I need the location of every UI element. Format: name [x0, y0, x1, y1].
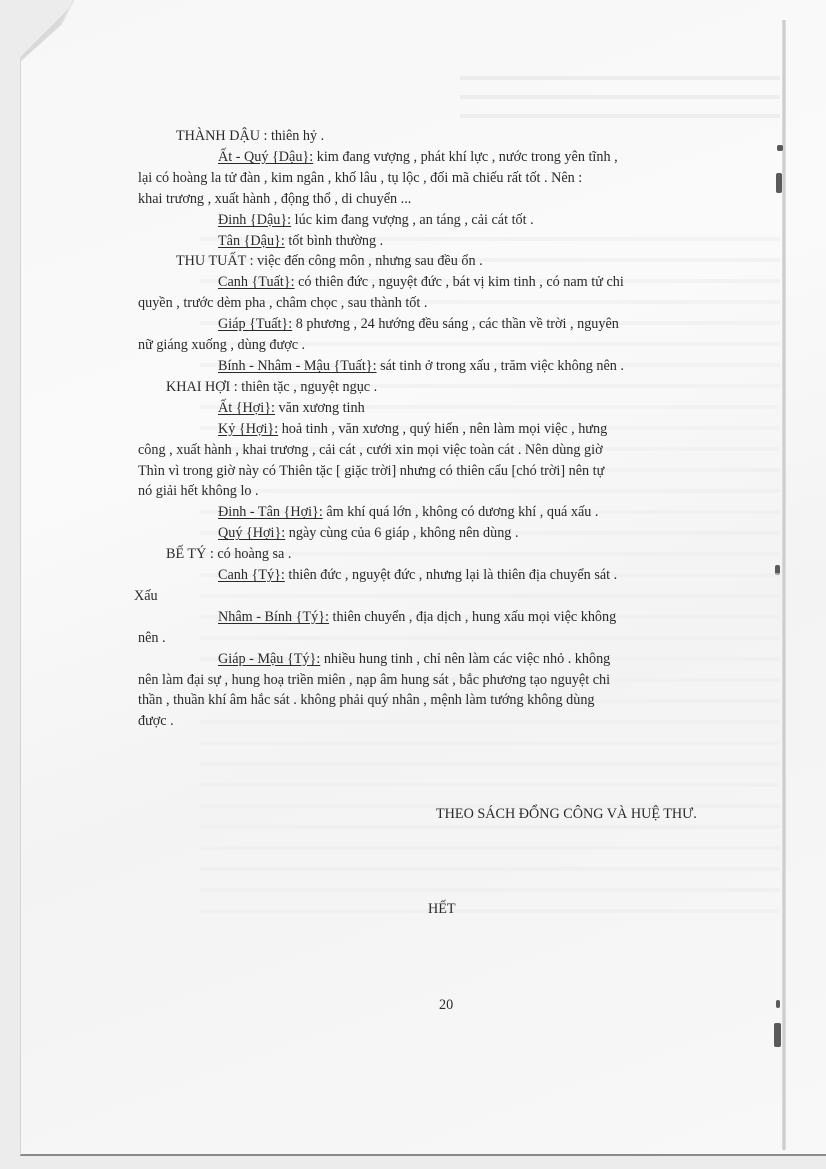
binding-mark: [776, 1000, 780, 1008]
entry-continuation: Thìn vì trong giờ này có Thiên tặc [ giặ…: [138, 461, 768, 482]
entry-line: Tân {Dậu}: tốt bình thường .: [138, 231, 768, 252]
entry-term: Quý {Hợi}:: [218, 525, 285, 541]
entry-text: có thiên đức , nguyệt đức , bát vị kim t…: [295, 274, 624, 290]
entry-text: 8 phương , 24 hướng đều sáng , các thần …: [292, 316, 619, 332]
entry-text: văn xương tinh: [275, 400, 365, 416]
entry-text: Thìn vì trong giờ này có Thiên tặc [ giặ…: [138, 463, 604, 479]
entry-text: thiên đức , nguyệt đức , nhưng lại là th…: [285, 567, 617, 583]
entry-line: Giáp {Tuất}: 8 phương , 24 hướng đều sán…: [138, 314, 768, 335]
section-heading-note: : có hoàng sa .: [210, 546, 292, 562]
entry-continuation: thần , thuần khí âm hắc sát . không phải…: [138, 690, 768, 711]
entry-text: âm khí quá lớn , không có dương khí , qu…: [323, 504, 599, 520]
binding-mark: [774, 1023, 781, 1047]
entry-line: Ất {Hợi}: văn xương tinh: [138, 398, 768, 419]
entry-line: Nhâm - Bính {Tý}: thiên chuyển , địa dịc…: [138, 607, 768, 628]
section-heading-note: : thiên hỷ .: [263, 128, 324, 144]
entry-continuation: nó giải hết không lo .: [138, 481, 768, 502]
entry-line: Canh {Tuất}: có thiên đức , nguyệt đức ,…: [138, 272, 768, 293]
entry-continuation: khai trương , xuất hành , động thổ , di …: [138, 189, 768, 210]
entry-text: lúc kim đang vượng , an táng , cải cát t…: [291, 212, 534, 228]
entry-term: Tân {Dậu}:: [218, 233, 285, 249]
entry-text: sát tinh ở trong xấu , trăm việc không n…: [377, 358, 624, 374]
section-heading-note: : việc đến công môn , nhưng sau đều ổn .: [250, 253, 483, 269]
section-heading-title: THU TUẤT: [176, 253, 250, 269]
section-heading-title: THÀNH DẬU: [176, 128, 263, 144]
entry-text: thiên chuyển , địa dịch , hung xấu mọi v…: [329, 609, 616, 625]
entry-line: Ất - Quý {Dậu}: kim đang vượng , phát kh…: [138, 147, 768, 168]
entry-line: Quý {Hợi}: ngày cùng của 6 giáp , không …: [138, 523, 768, 544]
entry-continuation: công , xuất hành , khai trương , cải cát…: [138, 440, 768, 461]
binding-mark: [776, 173, 782, 193]
entry-continuation: quyền , trước dèm pha , châm chọc , sau …: [138, 293, 768, 314]
entry-text: tốt bình thường .: [285, 233, 383, 249]
entry-continuation: nên làm đại sự , hung hoạ triền miên , n…: [138, 670, 768, 691]
entry-text: nên .: [138, 630, 166, 646]
section-heading-title: BẾ TÝ: [166, 546, 210, 562]
binding-mark: [775, 565, 780, 575]
entry-line: Kỷ {Hợi}: hoả tinh , văn xương , quý hiể…: [138, 419, 768, 440]
entry-text: nó giải hết không lo .: [138, 483, 259, 499]
entry-text: được .: [138, 713, 174, 729]
entry-continuation: lại có hoàng la tử đàn , kim ngân , khố …: [138, 168, 768, 189]
section-heading: KHAI HỢI : thiên tặc , nguyệt ngục .: [138, 377, 768, 398]
binding-edge: [782, 20, 786, 1150]
entry-line: Đinh - Tân {Hợi}: âm khí quá lớn , không…: [138, 502, 768, 523]
binding-mark: [777, 145, 783, 151]
entry-line: Giáp - Mậu {Tý}: nhiều hung tinh , chỉ n…: [138, 649, 768, 670]
entry-text: nhiều hung tinh , chỉ nên làm các việc n…: [320, 651, 610, 667]
entry-term: Canh {Tuất}:: [218, 274, 295, 290]
entry-term: Nhâm - Bính {Tý}:: [218, 609, 329, 625]
entry-term: Đinh - Tân {Hợi}:: [218, 504, 323, 520]
section-heading: THÀNH DẬU : thiên hỷ .: [138, 126, 768, 147]
entry-term: Canh {Tý}:: [218, 567, 285, 583]
entry-continuation: nên .: [138, 628, 768, 649]
entry-continuation: nữ giáng xuống , dùng được .: [138, 335, 768, 356]
entry-continuation: được .: [138, 711, 768, 732]
source-citation: THEO SÁCH ĐỔNG CÔNG VÀ HUỆ THƯ.: [436, 806, 697, 823]
entry-term: Ất - Quý {Dậu}:: [218, 149, 313, 165]
entry-line: Đinh {Dậu}: lúc kim đang vượng , an táng…: [138, 210, 768, 231]
entry-line: Canh {Tý}: thiên đức , nguyệt đức , nhưn…: [138, 565, 768, 586]
entry-term: Đinh {Dậu}:: [218, 212, 291, 228]
entry-text: khai trương , xuất hành , động thổ , di …: [138, 191, 411, 207]
entry-text: ngày cùng của 6 giáp , không nên dùng .: [285, 525, 518, 541]
section-heading: THU TUẤT : việc đến công môn , nhưng sau…: [138, 251, 768, 272]
page-number: 20: [439, 997, 453, 1014]
entry-text: lại có hoàng la tử đàn , kim ngân , khố …: [138, 170, 582, 186]
entry-text: nữ giáng xuống , dùng được .: [138, 337, 305, 353]
margin-note: Xấu: [134, 586, 768, 607]
entry-text: quyền , trước dèm pha , châm chọc , sau …: [138, 295, 427, 311]
entry-text: công , xuất hành , khai trương , cải cát…: [138, 442, 603, 458]
end-mark: HẾT: [428, 901, 456, 918]
entry-text: hoả tinh , văn xương , quý hiển , nên là…: [278, 421, 607, 437]
document-body: THÀNH DẬU : thiên hỷ .Ất - Quý {Dậu}: ki…: [138, 126, 768, 732]
section-heading-title: KHAI HỢI: [166, 379, 234, 395]
entry-term: Giáp {Tuất}:: [218, 316, 292, 332]
entry-text: thần , thuần khí âm hắc sát . không phải…: [138, 692, 595, 708]
entry-term: Ất {Hợi}:: [218, 400, 275, 416]
entry-text: nên làm đại sự , hung hoạ triền miên , n…: [138, 672, 610, 688]
section-heading: BẾ TÝ : có hoàng sa .: [138, 544, 768, 565]
entry-term: Giáp - Mậu {Tý}:: [218, 651, 320, 667]
entry-text: kim đang vượng , phát khí lực , nước tro…: [313, 149, 617, 165]
entry-term: Bính - Nhâm - Mậu {Tuất}:: [218, 358, 377, 374]
section-heading-note: : thiên tặc , nguyệt ngục .: [234, 379, 377, 395]
entry-term: Kỷ {Hợi}:: [218, 421, 278, 437]
entry-line: Bính - Nhâm - Mậu {Tuất}: sát tinh ở tro…: [138, 356, 768, 377]
